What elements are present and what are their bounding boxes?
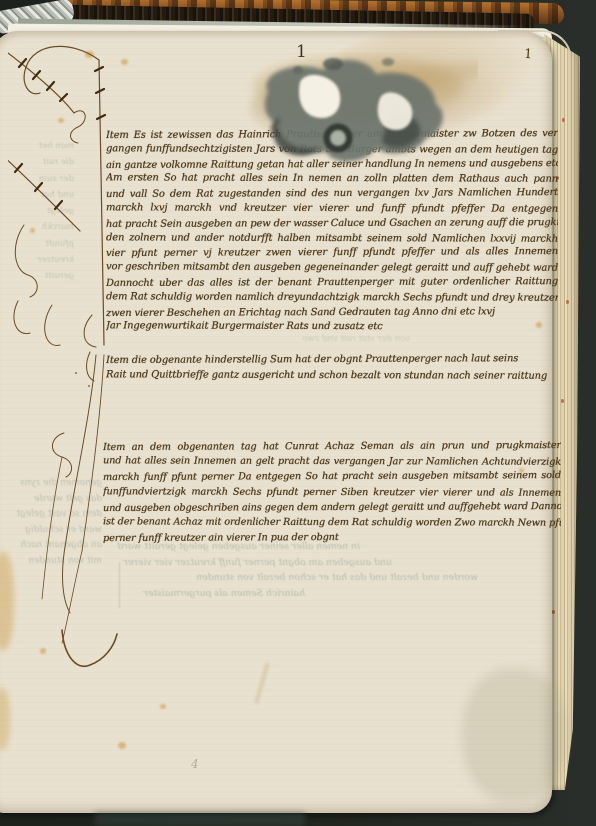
text-line: hat pracht Sein ausgeben an pew der wass… <box>106 216 558 233</box>
text-line: dem Rat schuldig worden namlich dreyunda… <box>106 290 558 306</box>
text-line: und vall So dem Rat zugestanden sind des… <box>106 186 558 203</box>
text-line: Dannocht uber das alles ist der benant P… <box>106 275 558 292</box>
red-speck <box>562 118 565 122</box>
manuscript-photo: man hetdie raitder sumund hatgelegtmarck… <box>0 0 596 826</box>
ink-blot <box>238 52 478 172</box>
text-line: marckh lxvj marckh vnd kreutzer vier vie… <box>106 201 558 217</box>
moisture-patch <box>462 668 566 802</box>
flourish-strokes <box>8 46 117 666</box>
folio-tick-mark: 1 <box>523 47 532 63</box>
text-line: funffundviertzigk marckh Sechs pfundt pe… <box>103 484 561 501</box>
text-line: perner funff kreutzer ain vierer In pua … <box>103 529 561 545</box>
text-line: Item die obgenante hinderstellig Sum hat… <box>106 352 558 368</box>
entry-paragraph-2: Item die obgenante hinderstellig Sum hat… <box>106 352 558 383</box>
shadow-under-page <box>95 812 305 826</box>
text-line: und ausgeben obgeschriben ains gegen dem… <box>103 499 561 516</box>
red-speck <box>552 610 555 614</box>
red-speck <box>561 399 564 403</box>
folio-number: 1 <box>296 42 307 62</box>
text-line: marckh funff pfunt perner Da entgegen So… <box>103 468 561 485</box>
red-speck <box>566 300 569 304</box>
pencil-mark: 4 <box>191 757 199 771</box>
text-line: Rait und Quittbrieffe gantz ausgericht u… <box>106 367 558 383</box>
blot-shapes <box>253 56 478 161</box>
bleed-through-fragment: von der stat rait vnd zwo <box>225 334 410 344</box>
text-line: Jar Ingegenwurtikait Burgermaister Rats … <box>106 320 558 336</box>
entry-paragraph-3: Item an dem obgenanten tag hat Cunrat Ac… <box>103 439 561 545</box>
flourish-hatch-ticks <box>15 59 105 209</box>
text-line: vor geschriben mitsambt den ausgeben geg… <box>106 260 558 276</box>
